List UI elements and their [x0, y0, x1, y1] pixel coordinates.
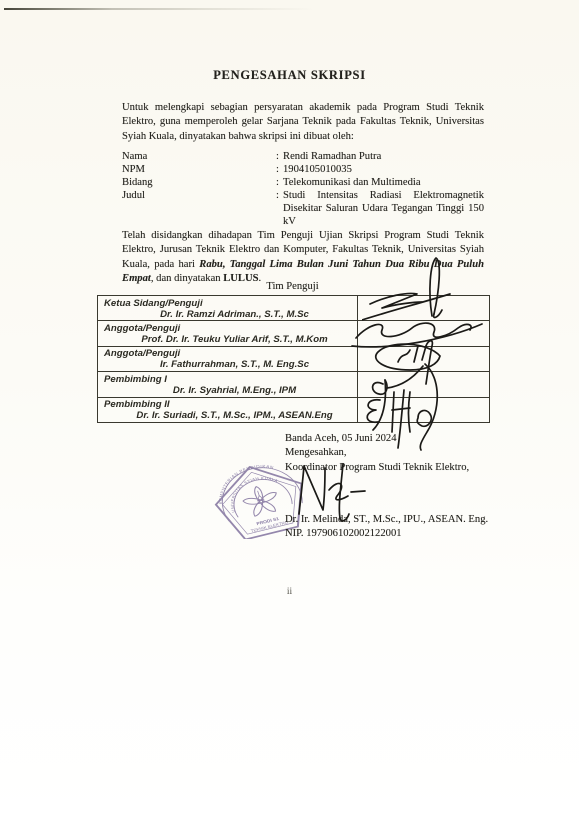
field-row-judul: Judul : Studi Intensitas Radiasi Elektro… — [122, 190, 484, 229]
field-value: Telekomunikasi dan Multimedia — [283, 177, 484, 190]
field-separator: : — [276, 164, 283, 177]
intro-paragraph: Untuk melengkapi sebagian persyaratan ak… — [122, 101, 484, 144]
examiner-role: Anggota/Penguji — [98, 323, 357, 334]
endorsement-block: Banda Aceh, 05 Juni 2024 Mengesahkan, Ko… — [285, 432, 565, 475]
examiner-name: Dr. Ir. Syahrial, M.Eng., IPM — [98, 385, 357, 396]
scanned-document-page: PENGESAHAN SKRIPSI Untuk melengkapi seba… — [0, 0, 579, 819]
signature-cell — [358, 321, 489, 345]
signature-cell — [358, 296, 489, 320]
committee-heading: Tim Penguji — [97, 281, 488, 292]
examiner-name: Dr. Ir. Suriadi, S.T., M.Sc., IPM., ASEA… — [98, 410, 357, 421]
stamp-flower-icon — [239, 482, 284, 519]
field-separator: : — [276, 190, 283, 203]
endorsement-line: Koordinator Program Studi Teknik Elektro… — [285, 461, 565, 475]
examination-statement: Telah disidangkan dihadapan Tim Penguji … — [122, 229, 484, 286]
field-label: Nama — [122, 151, 276, 164]
field-row-bidang: Bidang : Telekomunikasi dan Multimedia — [122, 177, 484, 190]
signature-cell — [358, 347, 489, 371]
examiner-role: Pembimbing I — [98, 374, 357, 385]
signature-cell — [358, 372, 489, 396]
examiner-role: Ketua Sidang/Penguji — [98, 298, 357, 309]
table-row: Anggota/Penguji Ir. Fathurrahman, S.T., … — [98, 346, 489, 371]
examiner-name: Prof. Dr. Ir. Teuku Yuliar Arif, S.T., M… — [98, 334, 357, 345]
examiner-role: Pembimbing II — [98, 399, 357, 410]
examiner-name: Dr. Ir. Ramzi Adriman., S.T., M.Sc — [98, 309, 357, 320]
field-label: Judul — [122, 190, 276, 203]
field-separator: : — [276, 177, 283, 190]
table-row: Anggota/Penguji Prof. Dr. Ir. Teuku Yuli… — [98, 320, 489, 345]
field-value: Rendi Ramadhan Putra — [283, 151, 484, 164]
field-row-npm: NPM : 1904105010035 — [122, 164, 484, 177]
signer-name: Dr. Ir. Melinda, ST., M.Sc., IPU., ASEAN… — [285, 513, 565, 527]
field-value: 1904105010035 — [283, 164, 484, 177]
field-row-nama: Nama : Rendi Ramadhan Putra — [122, 151, 484, 164]
committee-table: Ketua Sidang/Penguji Dr. Ir. Ramzi Adrim… — [97, 295, 490, 423]
examiner-name: Ir. Fathurrahman, S.T., M. Eng.Sc — [98, 359, 357, 370]
field-value: Studi Intensitas Radiasi Elektromagnetik… — [283, 190, 484, 229]
endorsement-line: Mengesahkan, — [285, 446, 565, 460]
table-row: Ketua Sidang/Penguji Dr. Ir. Ramzi Adrim… — [98, 296, 489, 320]
field-label: NPM — [122, 164, 276, 177]
signature-cell — [358, 398, 489, 422]
page-number: ii — [0, 587, 579, 597]
page-title: PENGESAHAN SKRIPSI — [0, 68, 579, 83]
place-date: Banda Aceh, 05 Juni 2024 — [285, 432, 565, 446]
scan-artifact-line — [4, 8, 314, 10]
table-row: Pembimbing I Dr. Ir. Syahrial, M.Eng., I… — [98, 371, 489, 396]
field-label: Bidang — [122, 177, 276, 190]
signer-block: Dr. Ir. Melinda, ST., M.Sc., IPU., ASEAN… — [285, 513, 565, 541]
signer-nip: NIP. 197906102002122001 — [285, 527, 565, 541]
table-row: Pembimbing II Dr. Ir. Suriadi, S.T., M.S… — [98, 397, 489, 422]
student-identity-block: Nama : Rendi Ramadhan Putra NPM : 190410… — [122, 151, 484, 228]
examiner-role: Anggota/Penguji — [98, 348, 357, 359]
field-separator: : — [276, 151, 283, 164]
